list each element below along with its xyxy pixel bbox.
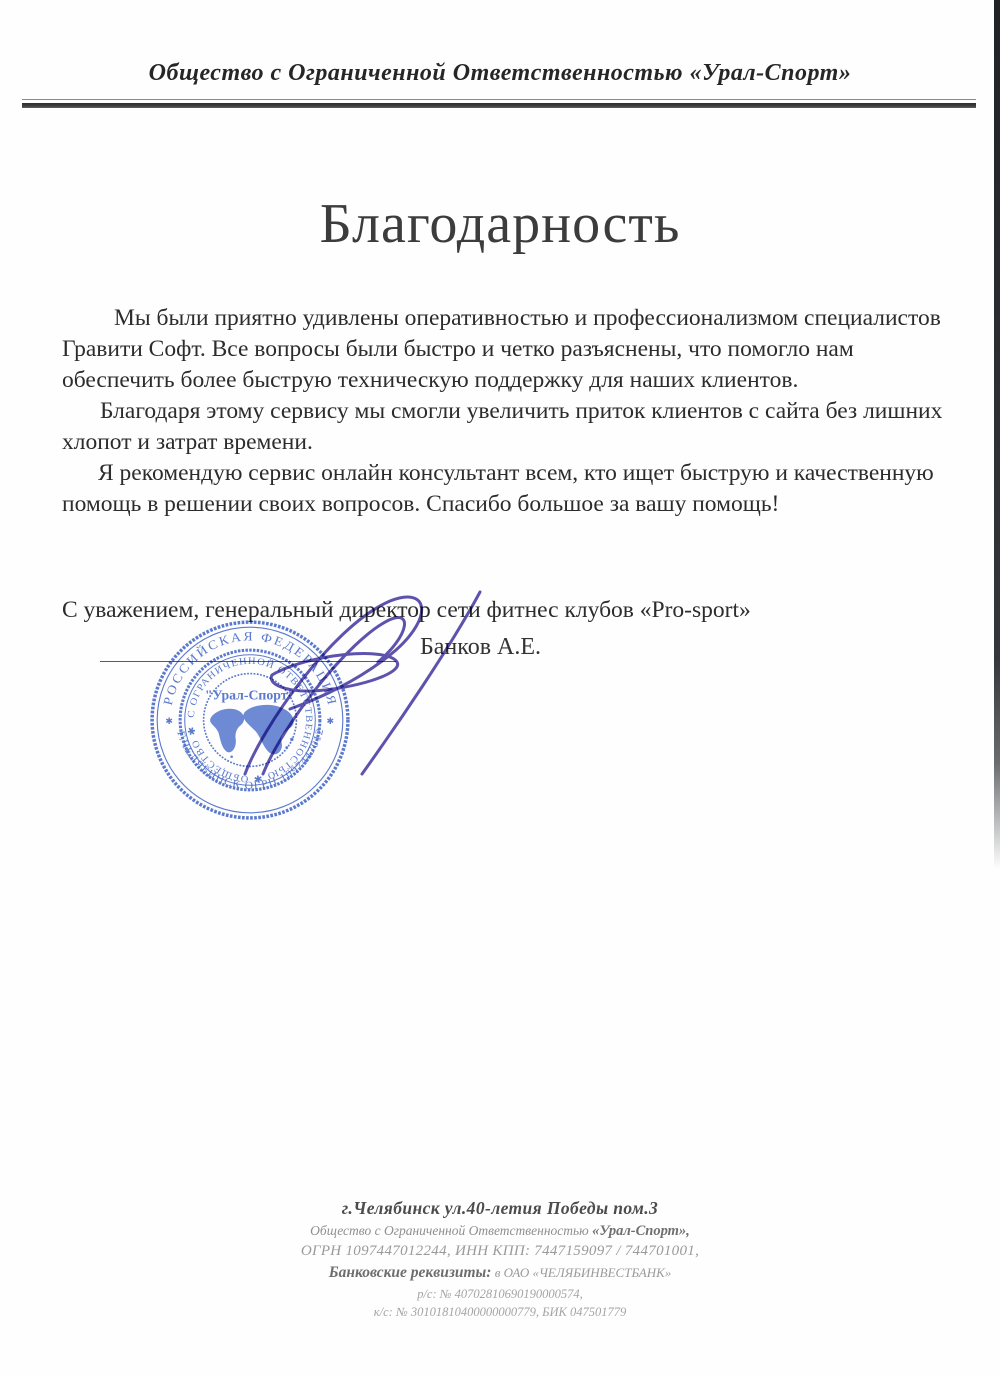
paragraph-1: Мы были приятно удивлены оперативностью …	[62, 303, 944, 396]
footer-requisites: г.Челябинск ул.40-летия Победы пом.3 Общ…	[0, 1200, 1000, 1319]
footer-bank-value: в ОАО «ЧЕЛЯБИНВЕСТБАНК»	[491, 1265, 671, 1280]
signature-stroke-flat-oval	[271, 654, 397, 692]
document-title: Благодарность	[0, 192, 1000, 256]
footer-bank-label: Банковские реквизиты:	[329, 1264, 492, 1281]
signature-stroke-main-loop	[245, 597, 422, 774]
paragraph-2: Благодаря этому сервису мы смогли увелич…	[62, 396, 944, 458]
footer-bank: Банковские реквизиты: в ОАО «ЧЕЛЯБИНВЕСТ…	[0, 1265, 1000, 1281]
footer-company-bold: «Урал-Спорт»,	[592, 1223, 690, 1239]
letterhead-divider-thin	[22, 99, 976, 100]
footer-company-prefix: Общество с Ограниченной Ответственностью	[310, 1223, 592, 1238]
letterhead-company-name: Общество с Ограниченной Ответственностью…	[0, 60, 1000, 87]
letterhead-divider-thick	[22, 103, 976, 108]
scan-artifact-right-edge	[994, 0, 1000, 1060]
letter-body: Мы были приятно удивлены оперативностью …	[62, 303, 944, 520]
footer-address: г.Челябинск ул.40-летия Победы пом.3	[0, 1200, 1000, 1218]
footer-settlement-account: р/с: № 40702810690190000574,	[0, 1288, 1000, 1301]
scanned-letter-page: Общество с Ограниченной Ответственностью…	[0, 0, 1000, 1376]
footer-ogrn-inn: ОГРН 1097447012244, ИНН КПП: 7447159097 …	[0, 1244, 1000, 1259]
paragraph-3: Я рекомендую сервис онлайн консультант в…	[62, 458, 944, 520]
footer-company: Общество с Ограниченной Ответственностью…	[0, 1224, 1000, 1239]
footer-correspondent-account: к/с: № 30101810400000000779, БИК 0475017…	[0, 1306, 1000, 1319]
handwritten-signature	[150, 578, 500, 783]
